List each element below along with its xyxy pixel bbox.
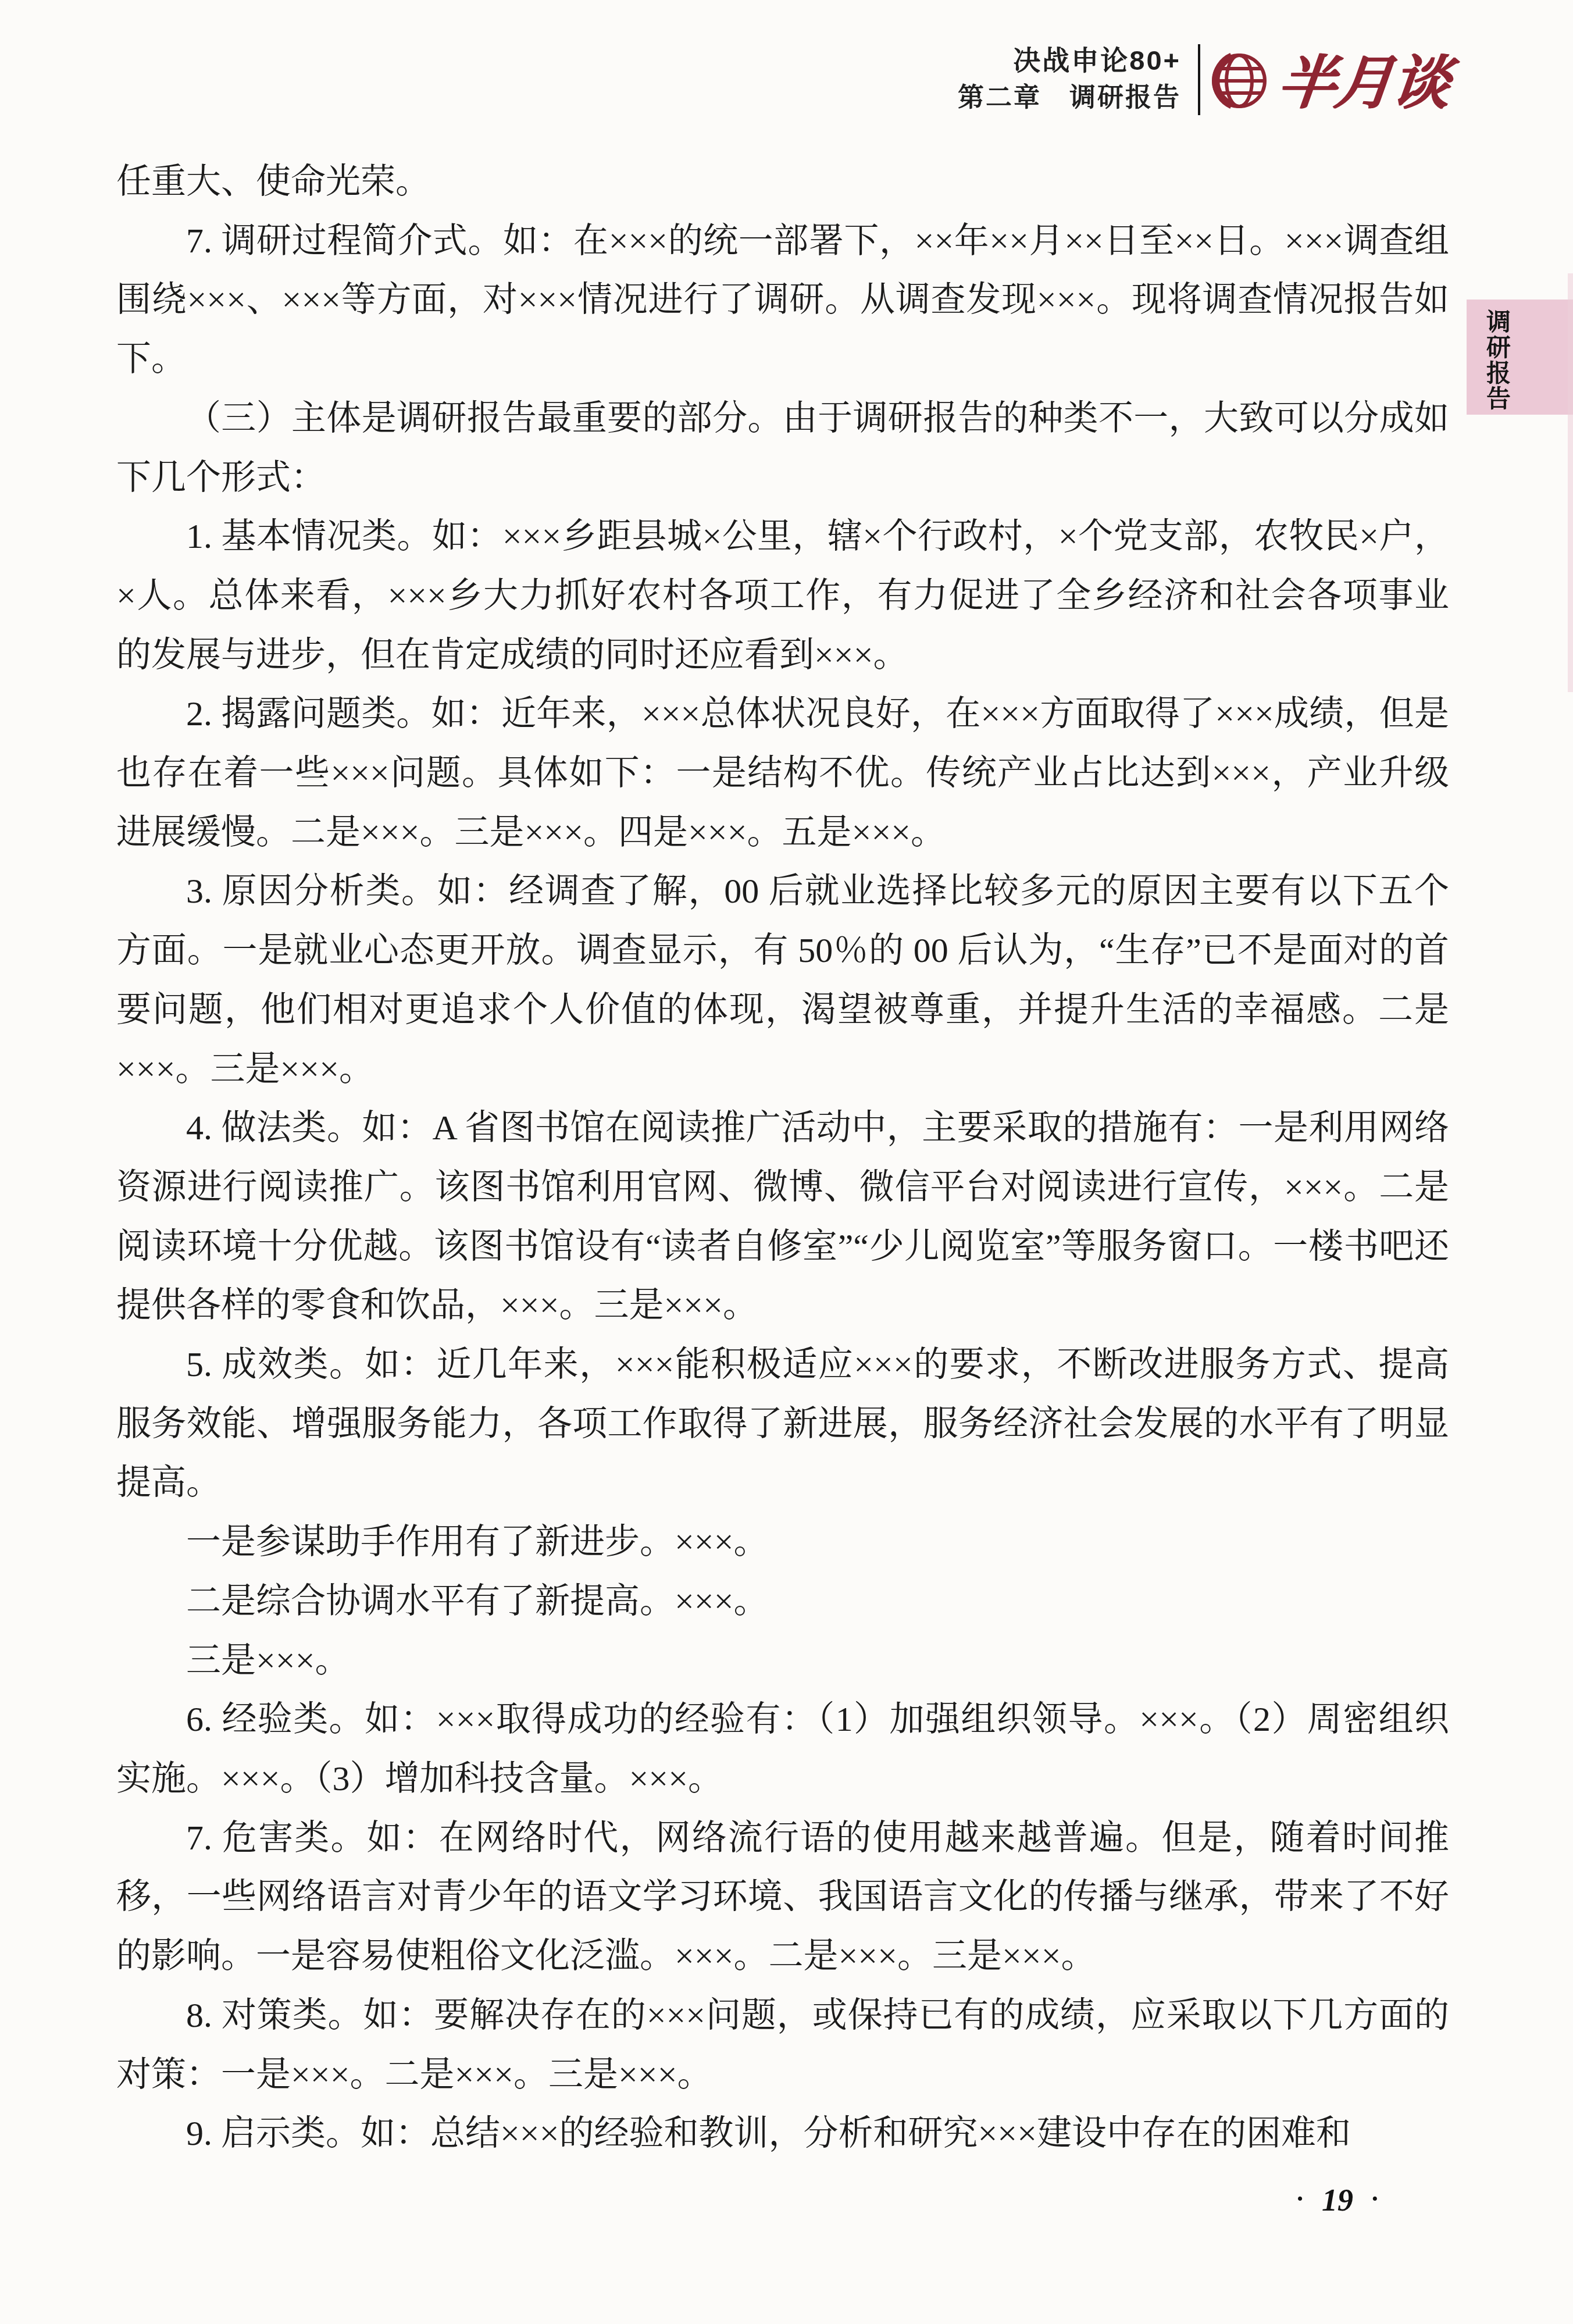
body-paragraph: 7. 危害类。如：在网络时代，网络流行语的使用越来越普遍。但是，随着时间推移，一… <box>116 1809 1449 1986</box>
book-page: 决战申论80+ 第二章 调研报告 半月谈 调研报告 任重大、使命光荣。7. 调研… <box>0 0 1573 2324</box>
chapter-title: 第二章 调研报告 <box>958 79 1181 116</box>
header-divider <box>1198 44 1200 115</box>
body-paragraph: 9. 启示类。如：总结×××的经验和教训，分析和研究×××建设中存在的困难和 <box>116 2104 1449 2163</box>
body-paragraph: 2. 揭露问题类。如：近年来，×××总体状况良好，在×××方面取得了×××成绩，… <box>116 685 1449 862</box>
page-number-decor-right: · <box>1371 2184 1379 2213</box>
chapter-side-tab: 调研报告 <box>1467 300 1573 415</box>
body-paragraph: 一是参谋助手作用有了新进步。×××。 <box>116 1513 1449 1572</box>
body-text: 任重大、使命光荣。7. 调研过程简介式。如：在×××的统一部署下，××年××月×… <box>116 152 1449 2163</box>
body-paragraph: 5. 成效类。如：近几年来，×××能积极适应×××的要求，不断改进服务方式、提高… <box>116 1335 1449 1513</box>
page-number: 19 <box>1322 2183 1353 2218</box>
body-paragraph: 二是综合协调水平有了新提高。×××。 <box>116 1572 1449 1631</box>
page-number-decor-left: · <box>1296 2184 1304 2213</box>
body-paragraph: 三是×××。 <box>116 1631 1449 1691</box>
page-header: 决战申论80+ 第二章 调研报告 <box>958 42 1181 116</box>
scan-edge-artifact <box>1568 273 1573 692</box>
globe-icon <box>1210 47 1269 115</box>
body-paragraph: 任重大、使命光荣。 <box>116 152 1449 212</box>
body-paragraph: （三）主体是调研报告最重要的部分。由于调研报告的种类不一，大致可以分成如下几个形… <box>116 389 1449 507</box>
book-title: 决战申论80+ <box>958 42 1181 79</box>
body-paragraph: 1. 基本情况类。如：×××乡距县城×公里，辖×个行政村，×个党支部，农牧民×户… <box>116 507 1449 685</box>
body-paragraph: 3. 原因分析类。如：经调查了解，00 后就业选择比较多元的原因主要有以下五个方… <box>116 862 1449 1099</box>
body-paragraph: 7. 调研过程简介式。如：在×××的统一部署下，××年××月××日至××日。××… <box>116 212 1449 389</box>
page-footer: ·19· <box>1250 2182 1425 2218</box>
side-tab-label: 调研报告 <box>1479 309 1514 411</box>
body-paragraph: 8. 对策类。如：要解决存在的×××问题，或保持已有的成绩，应采取以下几方面的对… <box>116 1986 1449 2104</box>
body-paragraph: 4. 做法类。如：A 省图书馆在阅读推广活动中，主要采取的措施有：一是利用网络资… <box>116 1099 1449 1335</box>
body-paragraph: 6. 经验类。如：×××取得成功的经验有：（1）加强组织领导。×××。（2）周密… <box>116 1690 1449 1808</box>
brand-logo: 半月谈 <box>1274 36 1453 120</box>
